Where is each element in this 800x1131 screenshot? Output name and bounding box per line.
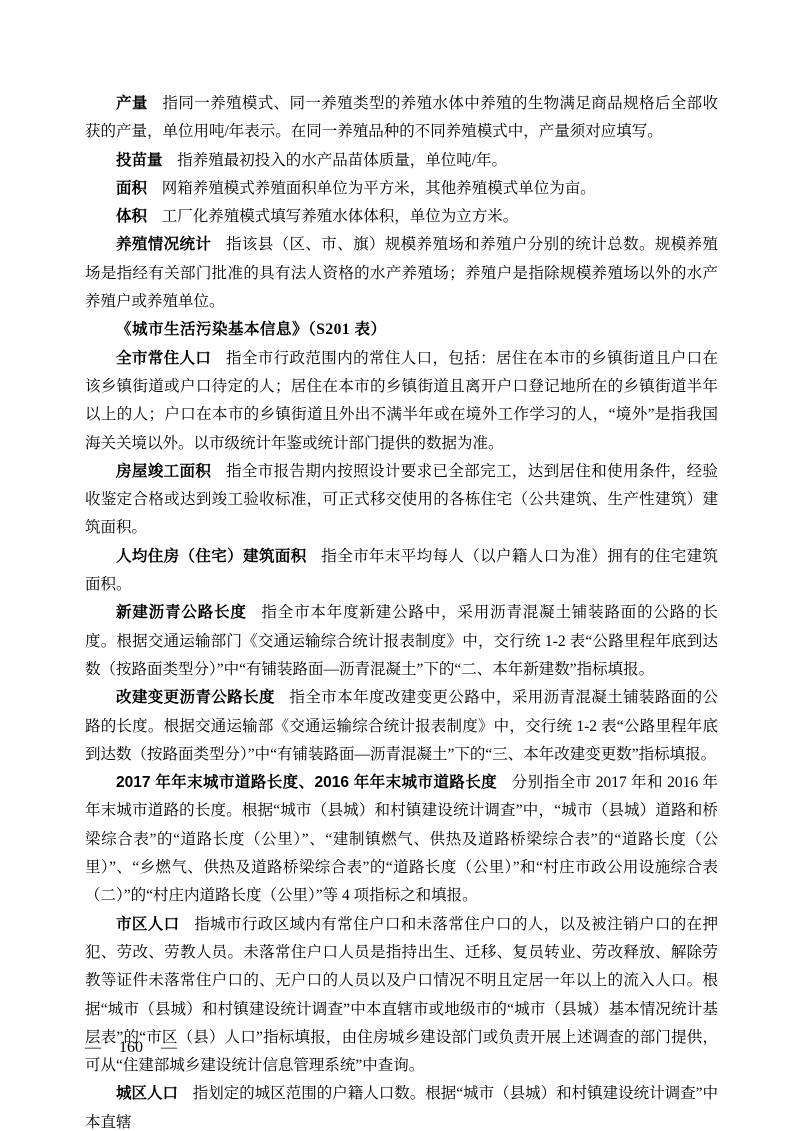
definition-paragraph: 全市常住人口指全市行政范围内的常住人口，包括：居住在本市的乡镇街道且户口在该乡镇… <box>85 345 718 458</box>
definition-text: 网箱养殖模式养殖面积单位为平方米，其他养殖模式单位为亩。 <box>162 180 596 197</box>
definition-term: 养殖情况统计 <box>116 236 211 253</box>
definition-term: 人均住房（住宅）建筑面积 <box>116 548 307 565</box>
definition-paragraph: 改建变更沥青公路长度指全市本年度改建变更公路中，采用沥青混凝土铺装路面的公路的长… <box>85 684 718 769</box>
page-content: 产量指同一养殖模式、同一养殖类型的养殖水体中养殖的生物满足商品规格后全部收获的产… <box>85 90 718 1131</box>
footer-right-dash: — <box>161 1038 177 1058</box>
definition-paragraph: 投苗量指养殖最初投入的水产品苗体质量，单位吨/年。 <box>85 147 718 175</box>
definition-term: 2017 年年末城市道路长度、2016 年年末城市道路长度 <box>116 774 497 791</box>
definition-term: 新建沥青公路长度 <box>116 604 247 621</box>
definition-term: 产量 <box>116 95 148 112</box>
definition-paragraph: 产量指同一养殖模式、同一养殖类型的养殖水体中养殖的生物满足商品规格后全部收获的产… <box>85 90 718 147</box>
page-number: 160 <box>119 1038 143 1058</box>
section-title: 《城市生活污染基本信息》（S201 表） <box>85 316 718 344</box>
definition-term: 投苗量 <box>116 152 163 169</box>
definition-text: 指城市行政区域内有常住户口和未落常住户口的人，以及被注销户口的在押犯、劳改、劳教… <box>85 916 718 1074</box>
page-footer: — 160 — <box>85 1038 177 1058</box>
definition-paragraph: 新建沥青公路长度指全市本年度新建公路中，采用沥青混凝土铺装路面的公路的长度。根据… <box>85 599 718 684</box>
definition-term: 市区人口 <box>116 916 180 933</box>
definition-text: 分别指全市 2017 年和 2016 年年末城市道路的长度。根据“城市（县城）和… <box>85 774 718 904</box>
definition-term: 全市常住人口 <box>116 350 211 367</box>
definition-text: 指划定的城区范围的户籍人口数。根据“城市（县城）和村镇建设统计调查”中本直辖 <box>85 1085 718 1130</box>
definition-paragraph: 养殖情况统计指该县（区、市、旗）规模养殖场和养殖户分别的统计总数。规模养殖场是指… <box>85 231 718 316</box>
definition-text: 指养殖最初投入的水产品苗体质量，单位吨/年。 <box>177 152 507 169</box>
definition-paragraph: 房屋竣工面积指全市报告期内按照设计要求已全部完工，达到居住和使用条件，经验收鉴定… <box>85 458 718 543</box>
definition-paragraph: 市区人口指城市行政区域内有常住户口和未落常住户口的人，以及被注销户口的在押犯、劳… <box>85 911 718 1081</box>
definition-term: 城区人口 <box>116 1085 178 1102</box>
definition-paragraph: 体积工厂化养殖模式填写养殖水体体积，单位为立方米。 <box>85 203 718 231</box>
definition-term: 改建变更沥青公路长度 <box>116 689 275 706</box>
definition-paragraph: 人均住房（住宅）建筑面积指全市年末平均每人（以户籍人口为准）拥有的住宅建筑面积。 <box>85 543 718 600</box>
definition-term: 房屋竣工面积 <box>116 463 211 480</box>
definition-term: 体积 <box>116 208 147 225</box>
definition-paragraph: 2017 年年末城市道路长度、2016 年年末城市道路长度分别指全市 2017 … <box>85 769 718 910</box>
definition-paragraph: 城区人口指划定的城区范围的户籍人口数。根据“城市（县城）和村镇建设统计调查”中本… <box>85 1080 718 1131</box>
definition-text: 工厂化养殖模式填写养殖水体体积，单位为立方米。 <box>162 208 519 225</box>
document-page: 产量指同一养殖模式、同一养殖类型的养殖水体中养殖的生物满足商品规格后全部收获的产… <box>0 0 800 1131</box>
footer-left-dash: — <box>85 1038 101 1058</box>
definition-paragraph: 面积网箱养殖模式养殖面积单位为平方米，其他养殖模式单位为亩。 <box>85 175 718 203</box>
definition-text: 指同一养殖模式、同一养殖类型的养殖水体中养殖的生物满足商品规格后全部收获的产量，… <box>85 95 718 140</box>
definition-term: 面积 <box>116 180 147 197</box>
